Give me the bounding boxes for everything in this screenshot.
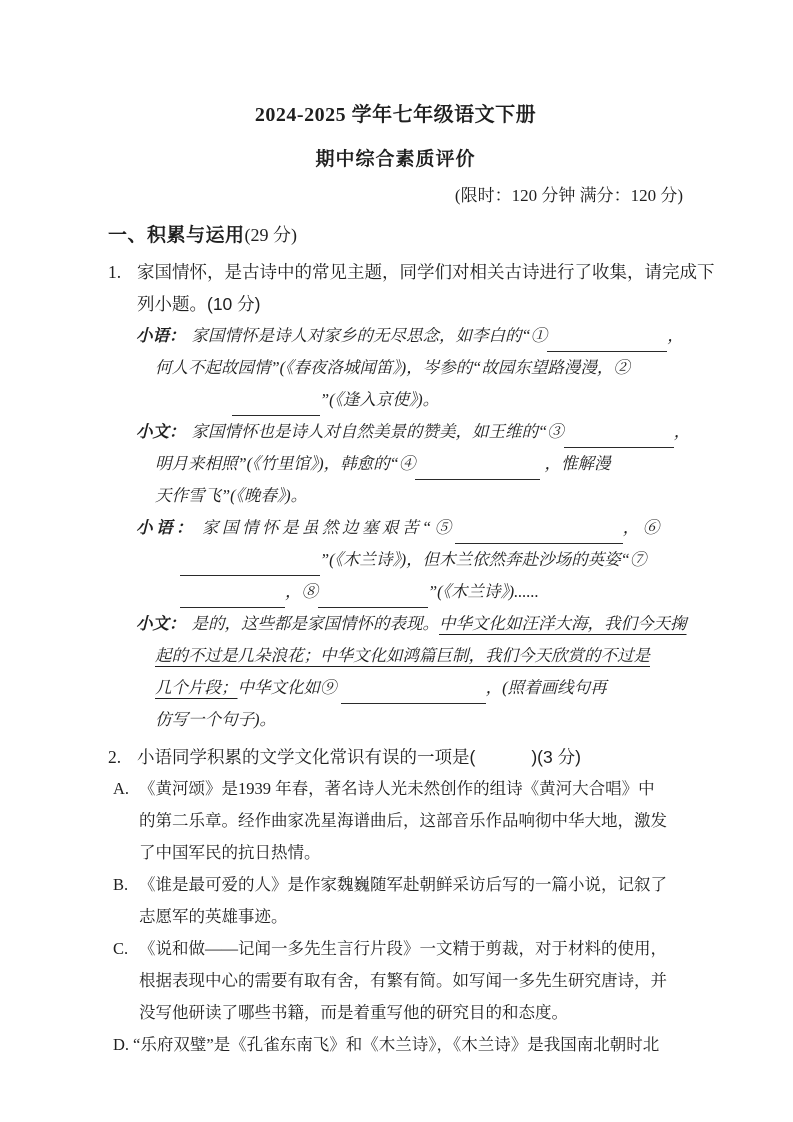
dialogue-text: ，⑧ (285, 582, 318, 601)
answer-blank (455, 527, 623, 544)
page-subtitle: 期中综合素质评价 (108, 146, 683, 174)
underlined-text: 几个片段； (155, 678, 238, 697)
q1-stem-line-1: 1.家国情怀，是古诗中的常见主题，同学们对相关古诗进行了收集，请完成下 (108, 256, 683, 288)
answer-blank (547, 335, 667, 352)
option-line: 的第二乐章。经作曲家冼星海谱曲后，这部音乐作品响彻中华大地，激发 (139, 805, 683, 837)
dialogue-line: 几个片段；中华文化如⑨ ，(照着画线句再 (136, 672, 683, 704)
q2-stem-text: 小语同学积累的文学文化常识有误的一项是( (137, 747, 475, 767)
dialogue-text: ， (674, 422, 691, 441)
speaker-label: 小文： (136, 422, 186, 441)
option-line: 没写他研读了哪些书籍，而是着重写他的研究目的和态度。 (139, 997, 683, 1029)
dialogue-text: 家国情怀是虽然边塞艰苦“⑤ (202, 518, 455, 537)
option-row: B.《谁是最可爱的人》是作家魏巍随军赴朝鲜采访后写的一篇小说，记叙了志愿军的英雄… (108, 869, 683, 933)
dialogue-line: 天作雪飞”(《晚春》)。 (136, 480, 683, 512)
option-line: 《黄河颂》是1939 年春，著名诗人光未然创作的组诗《黄河大合唱》中 (139, 773, 683, 805)
speaker-label: 小语： (136, 326, 186, 345)
dialogue-text: 明月来相照”(《竹里馆》)，韩愈的“④ (155, 454, 415, 473)
answer-blank (232, 399, 320, 416)
option-line: 《说和做——记闻一多先生言行片段》一文精于剪裁，对于材料的使用， (139, 933, 683, 965)
dialogue-line: 小语：家国情怀是虽然边塞艰苦“⑤，⑥ (136, 512, 683, 544)
dialogue-text: ”(《逢入京使》)。 (320, 390, 439, 409)
option-line: 志愿军的英雄事迹。 (139, 901, 683, 933)
dialogue-text: ，(照着画线句再 (486, 678, 607, 697)
underlined-text: 起的不过是几朵浪花；中华文化如鸿篇巨制，我们今天欣赏的不过是 (155, 646, 650, 665)
answer-blank (341, 687, 486, 704)
option-body: “乐府双璧”是《孔雀东南飞》和《木兰诗》，《木兰诗》是我国南北朝时北 (133, 1029, 683, 1061)
dialogue-line: ”(《木兰诗》)，但木兰依然奔赴沙场的英姿“⑦ (136, 544, 683, 576)
dialogue-text: 是的，这些都是家国情怀的表现。 (192, 614, 440, 633)
option-label: D. (113, 1029, 129, 1061)
q1-stem-line-2: 列小题。(10 分) (108, 288, 683, 320)
dialogue-text: 何人不起故园情”(《春夜洛城闻笛》)，岑参的“故园东望路漫漫，② (155, 358, 630, 377)
q2-stem: 2.小语同学积累的文学文化常识有误的一项是()(3 分) (108, 741, 683, 773)
q1-stem-text-1: 家国情怀，是古诗中的常见主题，同学们对相关古诗进行了收集，请完成下 (137, 262, 715, 282)
dialogue: 小文：家国情怀也是诗人对自然美景的赞美，如王维的“③，明月来相照”(《竹里馆》)… (136, 416, 683, 512)
dialogue-line: 小文：是的，这些都是家国情怀的表现。中华文化如汪洋大海，我们今天掬 (136, 608, 683, 640)
section-1-heading: 一、积累与运用(29 分) (108, 220, 683, 251)
dialogue-line: 何人不起故园情”(《春夜洛城闻笛》)，岑参的“故园东望路漫漫，② (136, 352, 683, 384)
dialogue-line: 小语：家国情怀是诗人对家乡的无尽思念，如李白的“①， (136, 320, 683, 352)
answer-blank (564, 431, 674, 448)
option-row: C.《说和做——记闻一多先生言行片段》一文精于剪裁，对于材料的使用，根据表现中心… (108, 933, 683, 1029)
dialogue-line: 小文：家国情怀也是诗人对自然美景的赞美，如王维的“③， (136, 416, 683, 448)
answer-blank (180, 559, 320, 576)
dialogue-line: 起的不过是几朵浪花；中华文化如鸿篇巨制，我们今天欣赏的不过是 (136, 640, 683, 672)
dialogue-text: ，惟解漫 (540, 454, 610, 473)
option-label: B. (113, 869, 139, 933)
section-1-score: (29 分) (245, 225, 298, 245)
question-1: 1.家国情怀，是古诗中的常见主题，同学们对相关古诗进行了收集，请完成下 列小题。… (108, 256, 683, 736)
q2-number: 2. (108, 741, 137, 773)
option-line: 了中国军民的抗日热情。 (139, 837, 683, 869)
option-body: 《说和做——记闻一多先生言行片段》一文精于剪裁，对于材料的使用，根据表现中心的需… (139, 933, 683, 1029)
dialogue-text: 天作雪飞”(《晚春》)。 (155, 486, 307, 505)
dialogue-text: 家国情怀是诗人对家乡的无尽思念，如李白的“① (192, 326, 548, 345)
dialogue-text: ”(《木兰诗》)...... (428, 582, 539, 601)
speaker-label: 小文： (136, 614, 186, 633)
exam-paper-page: 2024-2025 学年七年级语文下册 期中综合素质评价 (限时：120 分钟 … (0, 0, 793, 1122)
dialogue-text: 中华文化如⑨ (238, 678, 341, 697)
option-line: 《谁是最可爱的人》是作家魏巍随军赴朝鲜采访后写的一篇小说，记叙了 (139, 869, 683, 901)
answer-blank (415, 463, 540, 480)
option-line: 根据表现中心的需要有取有舍，有繁有简。如写闻一多先生研究唐诗，并 (139, 965, 683, 997)
dialogue-text: ”(《木兰诗》)，但木兰依然奔赴沙场的英姿“⑦ (320, 550, 646, 569)
dialogue-text: 家国情怀也是诗人对自然美景的赞美，如王维的“③ (192, 422, 564, 441)
dialogue: 小文：是的，这些都是家国情怀的表现。中华文化如汪洋大海，我们今天掬起的不过是几朵… (136, 608, 683, 736)
q2-stem-score: )(3 分) (531, 747, 581, 767)
option-body: 《黄河颂》是1939 年春，著名诗人光未然创作的组诗《黄河大合唱》中的第二乐章。… (139, 773, 683, 869)
question-2: 2.小语同学积累的文学文化常识有误的一项是()(3 分) A.《黄河颂》是193… (108, 741, 683, 1061)
dialogue-text: ， (667, 326, 684, 345)
option-label: A. (113, 773, 139, 869)
speaker-label: 小语： (136, 518, 196, 537)
q1-dialogues: 小语：家国情怀是诗人对家乡的无尽思念，如李白的“①，何人不起故园情”(《春夜洛城… (108, 320, 683, 736)
option-row: A.《黄河颂》是1939 年春，著名诗人光未然创作的组诗《黄河大合唱》中的第二乐… (108, 773, 683, 869)
answer-blank (180, 591, 285, 608)
page-content: 2024-2025 学年七年级语文下册 期中综合素质评价 (限时：120 分钟 … (0, 0, 683, 1061)
answer-blank (318, 591, 428, 608)
dialogue-line: ”(《逢入京使》)。 (136, 384, 683, 416)
dialogue-line: 仿写一个句子)。 (136, 704, 683, 736)
option-line: “乐府双璧”是《孔雀东南飞》和《木兰诗》，《木兰诗》是我国南北朝时北 (133, 1029, 683, 1061)
section-1-heading-text: 一、积累与运用 (108, 225, 245, 246)
q1-number: 1. (108, 256, 137, 288)
option-row: D.“乐府双璧”是《孔雀东南飞》和《木兰诗》，《木兰诗》是我国南北朝时北 (108, 1029, 683, 1061)
dialogue: 小语：家国情怀是虽然边塞艰苦“⑤，⑥”(《木兰诗》)，但木兰依然奔赴沙场的英姿“… (136, 512, 683, 608)
dialogue: 小语：家国情怀是诗人对家乡的无尽思念，如李白的“①，何人不起故园情”(《春夜洛城… (136, 320, 683, 416)
underlined-text: 中华文化如汪洋大海，我们今天掬 (439, 614, 687, 633)
dialogue-text: ，⑥ (623, 518, 663, 537)
dialogue-line: 明月来相照”(《竹里馆》)，韩愈的“④ ，惟解漫 (136, 448, 683, 480)
page-title: 2024-2025 学年七年级语文下册 (108, 100, 683, 130)
option-label: C. (113, 933, 139, 1029)
dialogue-line: ，⑧”(《木兰诗》)...... (136, 576, 683, 608)
exam-time-score-note: (限时：120 分钟 满分：120 分) (108, 182, 683, 210)
dialogue-text: 仿写一个句子)。 (155, 710, 276, 729)
option-body: 《谁是最可爱的人》是作家魏巍随军赴朝鲜采访后写的一篇小说，记叙了志愿军的英雄事迹… (139, 869, 683, 933)
q2-options: A.《黄河颂》是1939 年春，著名诗人光未然创作的组诗《黄河大合唱》中的第二乐… (108, 773, 683, 1061)
